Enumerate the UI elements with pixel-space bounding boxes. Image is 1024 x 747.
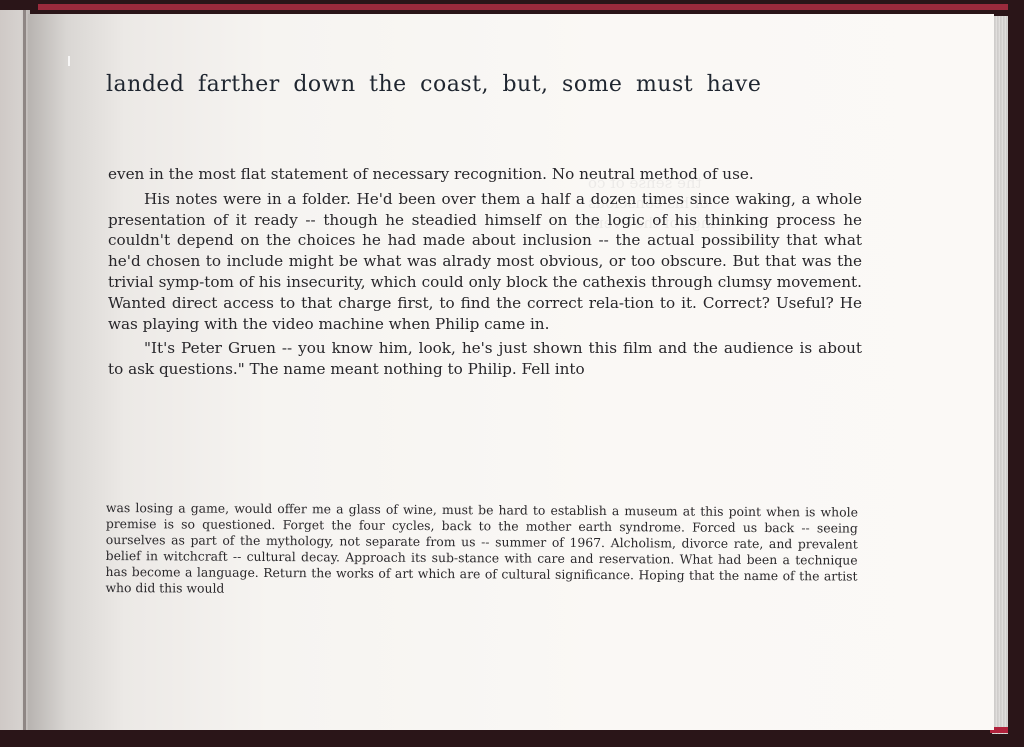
scan-speck (68, 56, 70, 66)
paragraph: His notes were in a folder. He'd been ov… (108, 189, 862, 335)
cover-edge (38, 4, 1008, 10)
book-page: the sense of co of his conscious ings of… (28, 14, 994, 730)
footnote-paragraph: was losing a game, would offer me a glas… (105, 500, 858, 601)
main-text-block: even in the most flat statement of neces… (108, 164, 862, 380)
page-stack-edge (992, 16, 1008, 734)
book-gutter (23, 10, 26, 730)
running-header-line: landed farther down the coast, but, some… (106, 72, 866, 97)
footnote-text-block: was losing a game, would offer me a glas… (105, 500, 858, 601)
paragraph: "It's Peter Gruen -- you know him, look,… (108, 338, 862, 380)
paragraph: even in the most flat statement of neces… (108, 164, 862, 185)
